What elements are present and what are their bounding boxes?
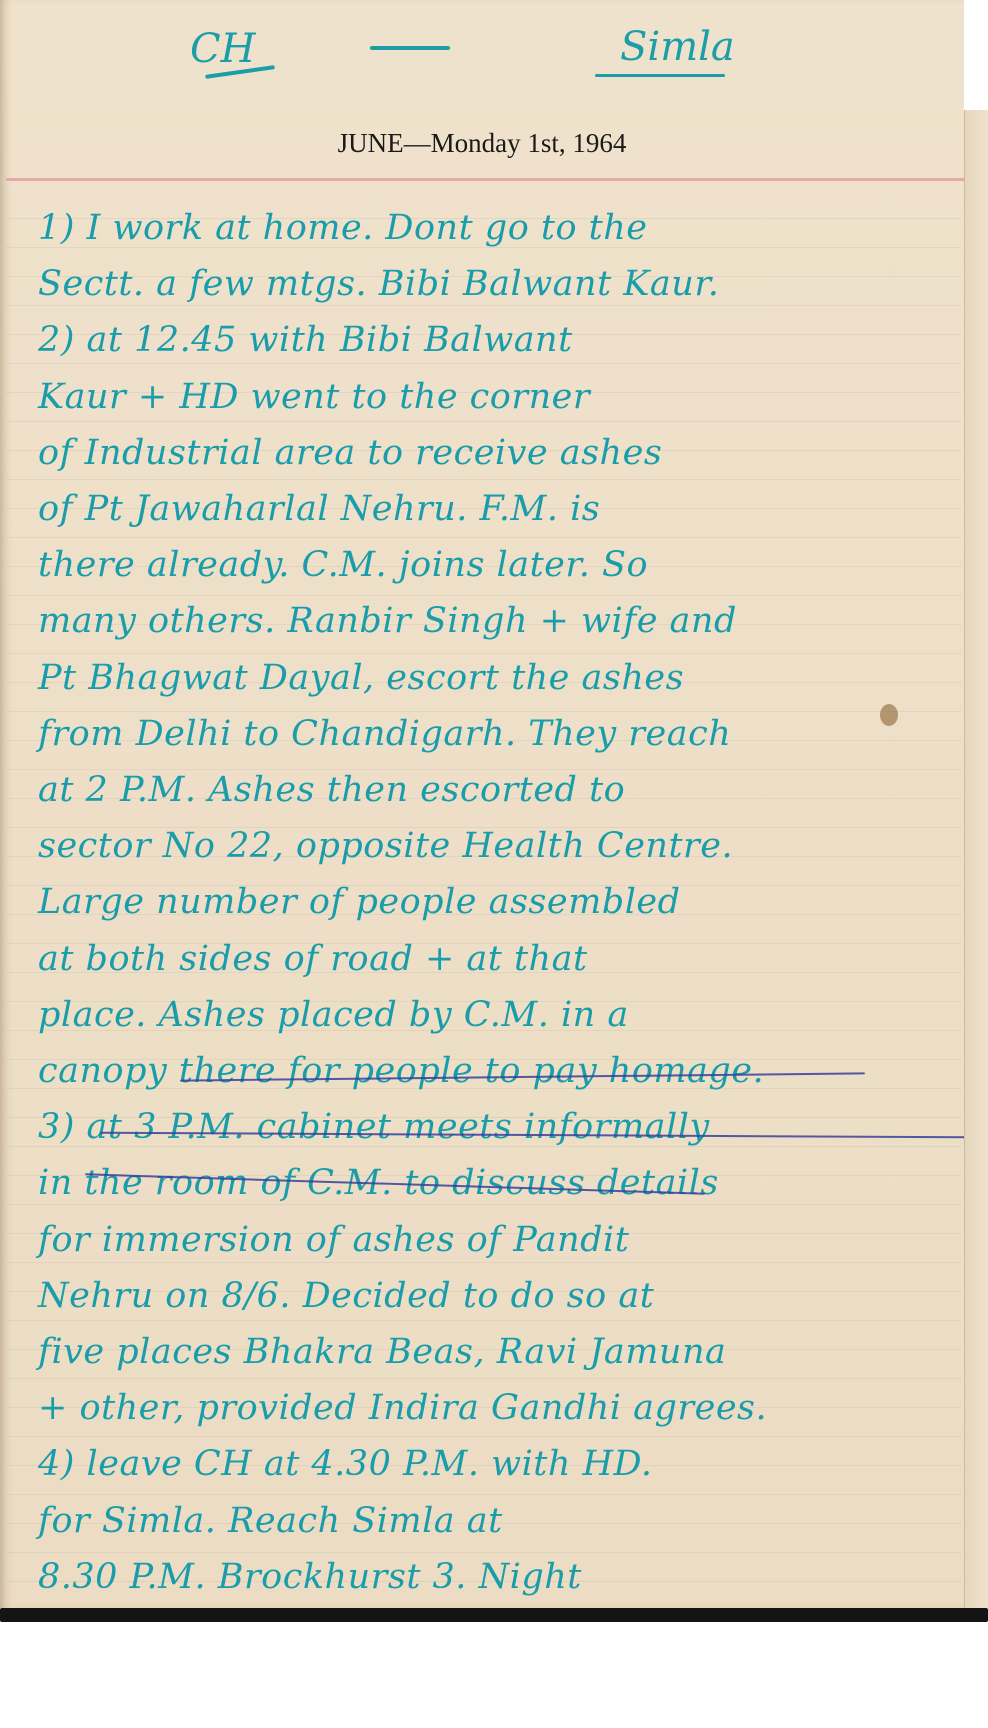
annotation-dash xyxy=(370,46,450,50)
entry-line: + other, provided Indira Gandhi agrees. xyxy=(38,1380,938,1436)
entry-line: many others. Ranbir Singh + wife and xyxy=(38,593,938,649)
entry-line: Nehru on 8/6. Decided to do so at xyxy=(38,1268,938,1324)
notebook-cover-edge xyxy=(0,1608,988,1622)
entry-line: Kaur + HD went to the corner xyxy=(38,369,938,425)
annotation-underline xyxy=(595,74,725,77)
entry-line: at 2 P.M. Ashes then escorted to xyxy=(38,762,938,818)
annotation-origin: CH xyxy=(190,26,256,72)
entry-line: place. Ashes placed by C.M. in a xyxy=(38,987,938,1043)
entry-line: at both sides of road + at that xyxy=(38,931,938,987)
entry-line: sector No 22, opposite Health Centre. xyxy=(38,818,938,874)
entry-line: in the room of C.M. to discuss details xyxy=(38,1155,938,1211)
entry-line: 3) at 3 P.M. cabinet meets informally xyxy=(38,1099,938,1155)
top-annotation: CH Simla xyxy=(0,18,964,108)
entry-line: for immersion of ashes of Pandit xyxy=(38,1212,938,1268)
entry-line: for Simla. Reach Simla at xyxy=(38,1493,938,1549)
diary-page: CH Simla JUNE—Monday 1st, 1964 1) I work… xyxy=(0,0,964,1608)
entry-line: from Delhi to Chandigarh. They reach xyxy=(38,706,938,762)
entry-line: 4) leave CH at 4.30 P.M. with HD. xyxy=(38,1436,938,1492)
entry-line: Sectt. a few mtgs. Bibi Balwant Kaur. xyxy=(38,256,938,312)
entry-line: of Pt Jawaharlal Nehru. F.M. is xyxy=(38,481,938,537)
entry-line: canopy there for people to pay homage. xyxy=(38,1043,938,1099)
entry-line: there already. C.M. joins later. So xyxy=(38,537,938,593)
background xyxy=(0,1622,988,1728)
entry-line: 1) I work at home. Dont go to the xyxy=(38,200,938,256)
entry-line: five places Bhakra Beas, Ravi Jamuna xyxy=(38,1324,938,1380)
entry-line: 8.30 P.M. Brockhurst 3. Night xyxy=(38,1549,938,1605)
entry-line: 2) at 12.45 with Bibi Balwant xyxy=(38,312,938,368)
margin-rule xyxy=(6,178,964,181)
diary-entry: 1) I work at home. Dont go to the Sectt.… xyxy=(38,200,938,1661)
entry-line: of Industrial area to receive ashes xyxy=(38,425,938,481)
page-edge xyxy=(964,110,988,1608)
page-date-header: JUNE—Monday 1st, 1964 xyxy=(0,128,964,159)
entry-line: Large number of people assembled xyxy=(38,874,938,930)
entry-line: Pt Bhagwat Dayal, escort the ashes xyxy=(38,650,938,706)
annotation-destination: Simla xyxy=(620,24,735,70)
